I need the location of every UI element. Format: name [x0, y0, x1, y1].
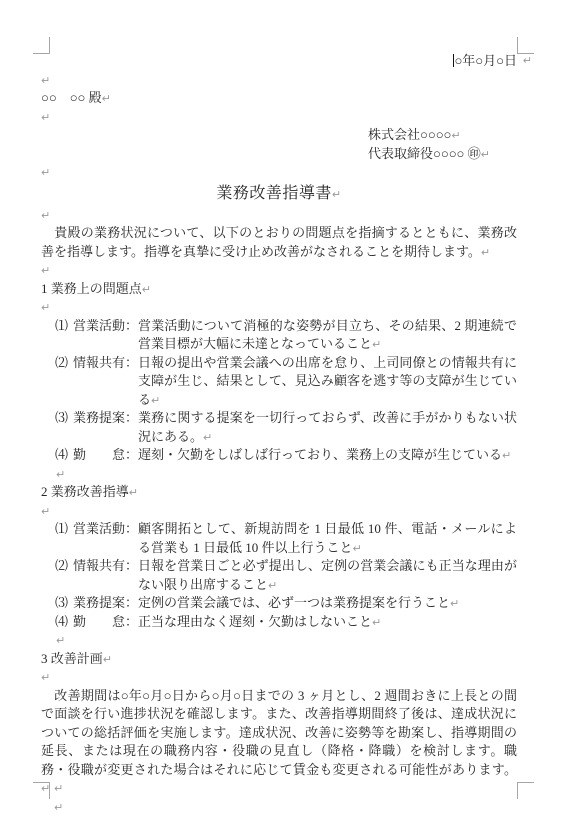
title-text: 業務改善指導書 [216, 185, 332, 202]
intro-text: 貴殿の業務状況について、以下のとおりの問題点を指摘するとともに、業務改善を指導し… [41, 225, 517, 259]
item-label: 情報共有 [73, 557, 125, 594]
company-text: 株式会社○○○○ [368, 127, 451, 142]
section-1-item-4: ⑷ 勤怠 ： 遅刻・欠勤をしばしば行っており、業務上の支障が生じている↵ [41, 446, 517, 465]
item-marker: ⑵ [55, 354, 73, 410]
paragraph-mark-icon: ↵ [41, 74, 50, 87]
item-marker: ⑴ [55, 317, 73, 354]
item-content: 日報を営業日ごと必ず提出し、定例の営業会議にも正当な理由がない限り出席すること↵ [138, 557, 517, 594]
item-content: 遅刻・欠勤をしばしば行っており、業務上の支障が生じている↵ [138, 446, 517, 465]
item-colon: ： [125, 520, 138, 557]
crop-mark-top-right-icon [517, 37, 534, 54]
section-1-heading: 1 業務上の問題点↵ [41, 280, 517, 299]
document-text-area[interactable]: ○年○月○日↵ ↵ ○○ ○○ 殿↵ ↵ 株式会社○○○○↵ 代表取締役○○○○… [41, 52, 517, 816]
section-2-item-4: ⑷ 勤怠 ： 正当な理由なく遅刻・欠勤はしないこと↵ [41, 613, 517, 632]
section-2-heading: 2 業務改善指導↵ [41, 483, 517, 502]
heading-text: 3 改善計画 [41, 651, 103, 666]
item-colon: ： [125, 317, 138, 354]
item-content-text: 顧客開拓として、新規訪問を 1 日最低 10 件、電話・メールによる営業も 1 … [138, 521, 517, 555]
item-colon: ： [125, 594, 138, 613]
empty-line: ↵ [41, 502, 517, 521]
section-1-item-2: ⑵ 情報共有 ： 日報の提出や営業会議への出席を怠り、上司同僚との情報共有に支障… [41, 354, 517, 410]
item-marker: ⑷ [55, 446, 73, 465]
heading-text: 1 業務上の問題点 [41, 281, 142, 296]
paragraph-mark-icon: ↵ [451, 129, 460, 142]
paragraph-mark-icon: ↵ [372, 338, 381, 351]
item-label: 勤怠 [73, 446, 125, 465]
empty-line: ↵ [41, 631, 517, 650]
item-content-text: 日報の提出や営業会議への出席を怠り、上司同僚との情報共有に支障が生じ、結果として… [138, 355, 517, 407]
paragraph-mark-icon: ↵ [481, 148, 490, 161]
paragraph-mark-icon: ↵ [481, 246, 490, 259]
empty-line: ↵ [41, 298, 517, 317]
recipient-text: ○○ ○○ 殿 [41, 90, 102, 105]
paragraph-mark-icon: ↵ [54, 782, 63, 795]
section-2-item-3: ⑶ 業務提案 ： 定例の営業会議では、必ず一つは業務提案を行うこと↵ [41, 594, 517, 613]
plan-text: 改善期間は○年○月○日から○月○日までの 3 ヶ月とし、2 週間おきに上長との間… [41, 688, 517, 777]
item-label: 業務提案 [73, 409, 125, 446]
item-content: 正当な理由なく遅刻・欠勤はしないこと↵ [138, 613, 517, 632]
item-label: 営業活動 [73, 317, 125, 354]
date-line: ○年○月○日↵ [41, 52, 517, 71]
item-content-text: 業務に関する提案を一切行っておらず、改善に手がかりもない状況にある。 [138, 410, 517, 444]
paragraph-mark-icon: ↵ [56, 634, 65, 647]
paragraph-mark-icon: ↵ [332, 188, 342, 201]
paragraph-mark-icon: ↵ [41, 111, 50, 124]
empty-line: ↵ [41, 108, 517, 127]
paragraph-mark-icon: ↵ [103, 653, 112, 666]
sender-company-line: 株式会社○○○○↵ [368, 126, 517, 145]
intro-paragraph: 貴殿の業務状況について、以下のとおりの問題点を指摘するとともに、業務改善を指導し… [41, 224, 517, 261]
empty-line: ↵ [41, 798, 517, 817]
item-content-text: 遅刻・欠勤をしばしば行っており、業務上の支障が生じている [138, 447, 502, 462]
paragraph-mark-icon: ↵ [41, 505, 50, 518]
item-colon: ： [125, 446, 138, 465]
document-page[interactable]: ○年○月○日↵ ↵ ○○ ○○ 殿↵ ↵ 株式会社○○○○↵ 代表取締役○○○○… [0, 0, 566, 836]
item-marker: ⑶ [55, 594, 73, 613]
paragraph-mark-icon: ↵ [523, 55, 532, 66]
item-label: 営業活動 [73, 520, 125, 557]
paragraph-mark-icon: ↵ [41, 782, 50, 795]
date-text: ○年○月○日 [454, 53, 517, 68]
section-1-item-3: ⑶ 業務提案 ： 業務に関する提案を一切行っておらず、改善に手がかりもない状況に… [41, 409, 517, 446]
item-label: 情報共有 [73, 354, 125, 410]
item-content: 業務に関する提案を一切行っておらず、改善に手がかりもない状況にある。↵ [138, 409, 517, 446]
section-3-heading: 3 改善計画↵ [41, 650, 517, 669]
paragraph-mark-icon: ↵ [129, 486, 138, 499]
paragraph-mark-icon: ↵ [450, 597, 459, 610]
section-2-item-2: ⑵ 情報共有 ： 日報を営業日ごと必ず提出し、定例の営業会議にも正当な理由がない… [41, 557, 517, 594]
item-content-text: 日報を営業日ごと必ず提出し、定例の営業会議にも正当な理由がない限り出席すること [138, 558, 517, 592]
representative-text: 代表取締役○○○○ ㊞ [368, 146, 481, 161]
paragraph-mark-icon: ↵ [353, 542, 362, 555]
item-marker: ⑴ [55, 520, 73, 557]
item-content-text: 定例の営業会議では、必ず一つは業務提案を行うこと [138, 595, 450, 610]
empty-line: ↵ [41, 779, 517, 798]
document-title: 業務改善指導書↵ [41, 182, 517, 206]
empty-line: ↵ [41, 206, 517, 225]
crop-mark-bottom-right-icon [517, 782, 534, 799]
paragraph-mark-icon: ↵ [142, 283, 151, 296]
item-marker: ⑷ [55, 613, 73, 632]
item-label: 業務提案 [73, 594, 125, 613]
empty-line: ↵ [41, 465, 517, 484]
section-2-item-1: ⑴ 営業活動 ： 顧客開拓として、新規訪問を 1 日最低 10 件、電話・メール… [41, 520, 517, 557]
item-content: 営業活動について消極的な姿勢が目立ち、その結果、2 期連続で営業目標が大幅に未達… [138, 317, 517, 354]
item-colon: ： [125, 409, 138, 446]
item-content-text: 営業活動について消極的な姿勢が目立ち、その結果、2 期連続で営業目標が大幅に未達… [138, 318, 517, 352]
paragraph-mark-icon: ↵ [41, 166, 50, 179]
improvement-plan-paragraph: 改善期間は○年○月○日から○月○日までの 3 ヶ月とし、2 週間おきに上長との間… [41, 687, 517, 780]
paragraph-mark-icon: ↵ [56, 468, 65, 481]
paragraph-mark-icon: ↵ [41, 209, 50, 222]
item-colon: ： [125, 557, 138, 594]
sender-representative-line: 代表取締役○○○○ ㊞↵ [368, 145, 517, 164]
paragraph-mark-icon: ↵ [54, 801, 63, 814]
item-marker: ⑶ [55, 409, 73, 446]
section-1-item-1: ⑴ 営業活動 ： 営業活動について消極的な姿勢が目立ち、その結果、2 期連続で営… [41, 317, 517, 354]
empty-line: ↵ [41, 261, 517, 280]
item-colon: ： [125, 354, 138, 410]
paragraph-mark-icon: ↵ [151, 394, 160, 407]
paragraph-mark-icon: ↵ [268, 579, 277, 592]
empty-line: ↵ [41, 668, 517, 687]
item-label: 勤怠 [73, 613, 125, 632]
empty-line: ↵ [41, 163, 517, 182]
paragraph-mark-icon: ↵ [372, 616, 381, 629]
item-marker: ⑵ [55, 557, 73, 594]
paragraph-mark-icon: ↵ [102, 92, 111, 105]
heading-text: 2 業務改善指導 [41, 484, 129, 499]
paragraph-mark-icon: ↵ [502, 449, 511, 462]
paragraph-mark-icon: ↵ [41, 671, 50, 684]
item-content: 顧客開拓として、新規訪問を 1 日最低 10 件、電話・メールによる営業も 1 … [138, 520, 517, 557]
item-content: 日報の提出や営業会議への出席を怠り、上司同僚との情報共有に支障が生じ、結果として… [138, 354, 517, 410]
empty-line: ↵ [41, 71, 517, 90]
item-content: 定例の営業会議では、必ず一つは業務提案を行うこと↵ [138, 594, 517, 613]
recipient-line: ○○ ○○ 殿↵ [41, 89, 517, 108]
item-colon: ： [125, 613, 138, 632]
item-content-text: 正当な理由なく遅刻・欠勤はしないこと [138, 614, 372, 629]
paragraph-mark-icon: ↵ [203, 431, 212, 444]
paragraph-mark-icon: ↵ [41, 301, 50, 314]
paragraph-mark-icon: ↵ [41, 264, 50, 277]
